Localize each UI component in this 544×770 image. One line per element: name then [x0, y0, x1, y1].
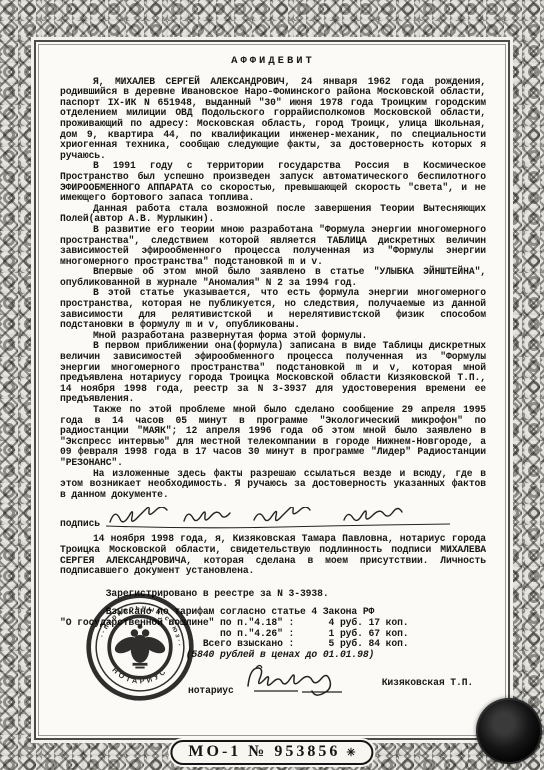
paragraph-launch: В 1991 году с территории государства Рос… [60, 161, 486, 203]
embossed-black-seal [476, 698, 542, 764]
notary-signature [240, 662, 368, 696]
serial-number: МО-1 № 953856 [188, 743, 340, 760]
paragraph-formula: В развитие его теории мною разработана "… [60, 225, 486, 267]
paragraph-identity: Я, МИХАЛЕВ СЕРГЕЙ АЛЕКСАНДРОВИЧ, 24 янва… [60, 77, 486, 162]
signature-label: подпись [60, 519, 100, 530]
paragraph-media-mentions: Также по этой проблеме мной было сделано… [60, 405, 486, 469]
serial-decoration-mark: ✳ [346, 747, 355, 759]
paragraph-first-publication: Впервые об этом мной было заявлено в ста… [60, 267, 486, 288]
document-title: АФФИДЕВИТ [60, 56, 486, 67]
paragraph-article-details: В этой статье указывается, что есть форм… [60, 288, 486, 330]
notary-attestation-paragraph: 14 ноября 1998 года, я, Кизяковская Тама… [60, 534, 486, 576]
document-page: АФФИДЕВИТ Я, МИХАЛЕВ СЕРГЕЙ АЛЕКСАНДРОВИ… [34, 40, 510, 740]
double-headed-eagle-icon [112, 624, 168, 668]
document-body: АФФИДЕВИТ Я, МИХАЛЕВ СЕРГЕЙ АЛЕКСАНДРОВИ… [60, 56, 486, 696]
notary-round-seal-stamp: ··периальный·союз·· НОТАРИУС [84, 591, 196, 703]
scanned-affidavit-page: { "paper": { "serial": "МО-1 № 953856", … [0, 0, 544, 770]
fee-block: ··периальный·союз·· НОТАРИУС [60, 607, 486, 696]
notary-name: Кизяковская Т.П. [382, 678, 473, 697]
paragraph-theory: Данная работа стала возможной после заве… [60, 204, 486, 225]
michalev-signature [104, 507, 486, 529]
declarant-signature-row: подпись [60, 507, 486, 529]
paragraph-permission: На изложенные здесь факты разрешаю ссыла… [60, 469, 486, 501]
serial-number-plate: МО-1 № 953856✳ [170, 740, 373, 765]
paragraph-notarized-table: В первом приближении она(формула) записа… [60, 341, 486, 405]
